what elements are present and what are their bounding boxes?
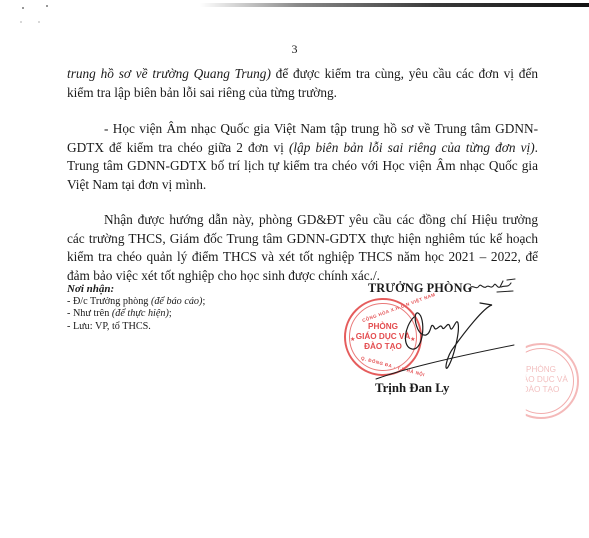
recipient-item: - Như trên (để thực hiện); (67, 308, 205, 321)
recipient-text: - Như trên (67, 308, 112, 319)
scan-specks (20, 3, 50, 23)
signer-name: Trịnh Đan Ly (375, 381, 449, 396)
paragraph-3: Nhận được hướng dẫn này, phòng GD&ĐT yêu… (67, 211, 538, 285)
recipients-block: Nơi nhận: - Đ/c Trưởng phòng (để báo cáo… (67, 283, 205, 333)
recipient-item: - Lưu: VP, tổ THCS. (67, 321, 205, 334)
paragraph-2-italic: (lập biên bản lỗi sai riêng của từng đơn… (289, 140, 535, 155)
stamp-star-icon: ★ (350, 336, 356, 343)
recipient-note: (để thực hiện) (112, 308, 169, 319)
paragraph-1-italic: trung hồ sơ về trường Quang Trung) (67, 66, 271, 81)
paragraph-2: - Học viện Âm nhạc Quốc gia Việt Nam tập… (67, 120, 538, 194)
recipient-item: - Đ/c Trưởng phòng (để báo cáo); (67, 296, 205, 309)
signature-handwriting (374, 287, 524, 387)
page-number: 3 (0, 42, 589, 57)
recipient-end: ; (202, 296, 205, 307)
recipients-title: Nơi nhận: (67, 283, 205, 296)
recipient-text: - Lưu: VP, tổ THCS. (67, 321, 151, 332)
recipient-note: (để báo cáo) (151, 296, 203, 307)
recipient-text: - Đ/c Trưởng phòng (67, 296, 151, 307)
scan-edge-artifact (200, 3, 589, 7)
paragraph-1: trung hồ sơ về trường Quang Trung) để đư… (67, 65, 538, 102)
recipient-end: ; (169, 308, 172, 319)
